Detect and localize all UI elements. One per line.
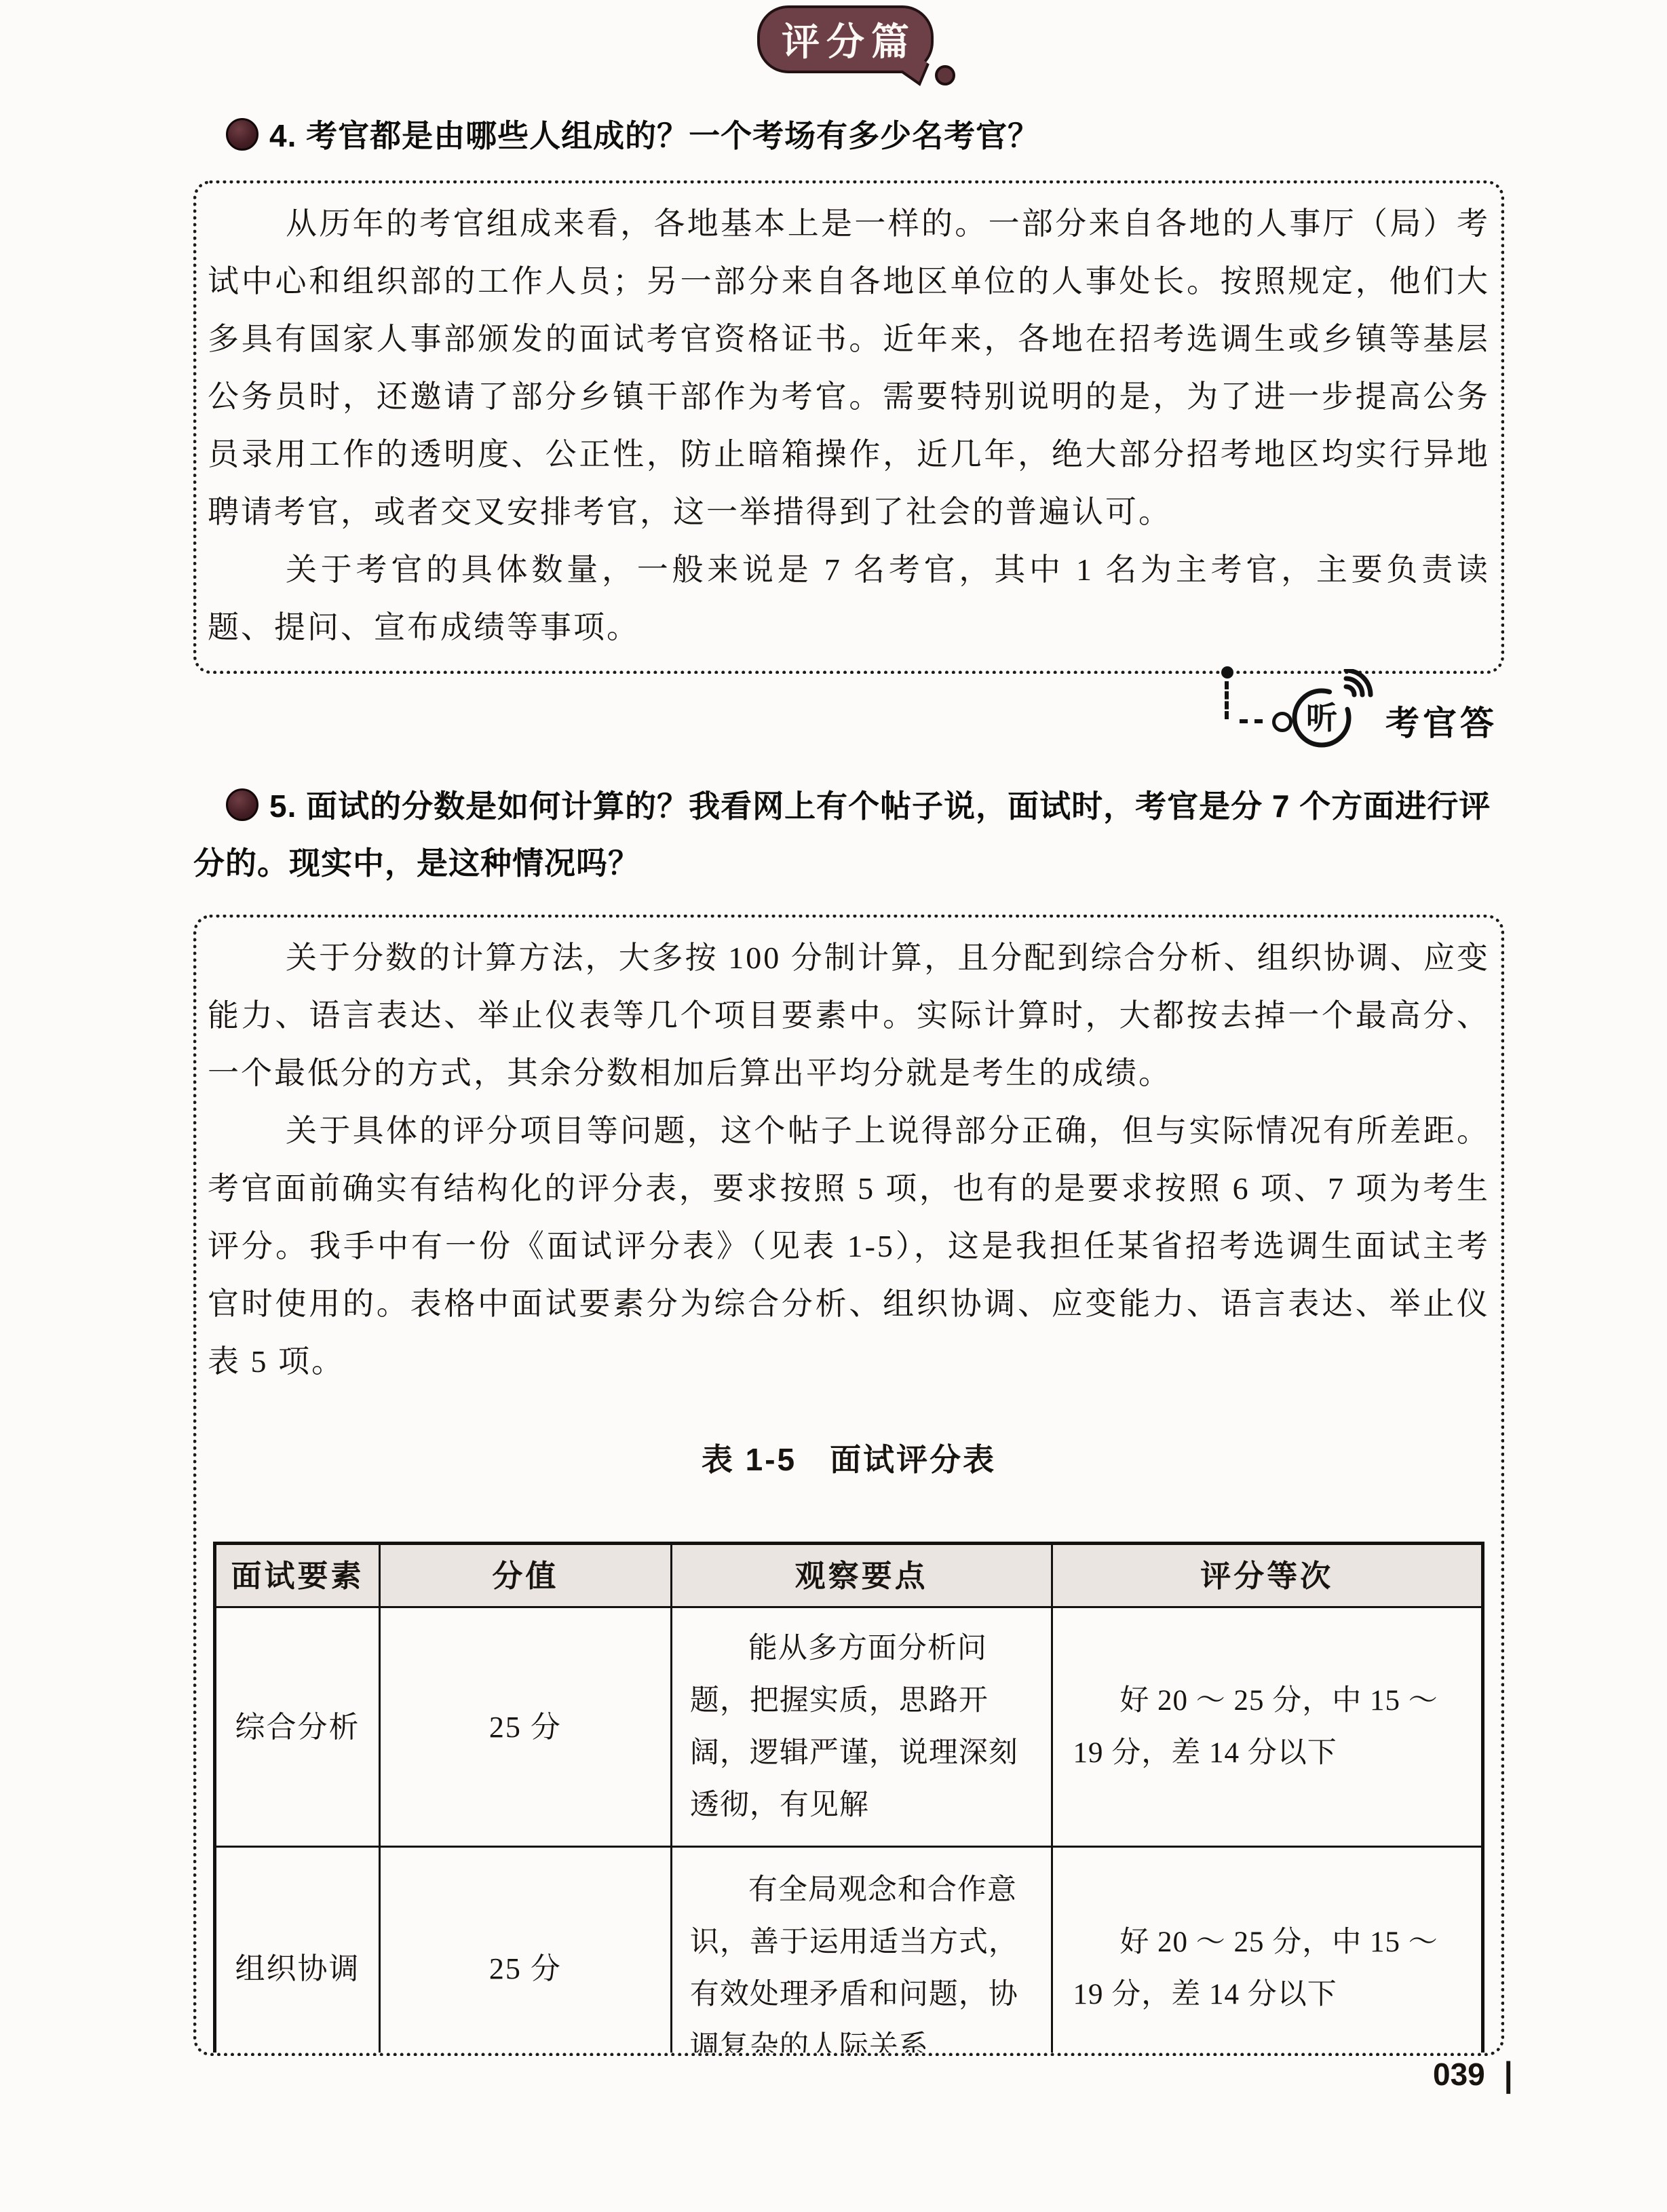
cell-points: 有全局观念和合作意识，善于运用适当方式，有效处理矛盾和问题，协调复杂的人际关系 [671,1847,1052,2057]
chapter-badge-label: 评分篇 [775,12,916,66]
page-number-divider: | [1504,2054,1513,2094]
question-4-title: 4. 考官都是由哪些人组成的？一个考场有多少名考官？ [269,118,1039,153]
answer-paragraph: 关于分数的计算方法，大多按 100 分制计算，且分配到综合分析、组织协调、应变能… [208,929,1490,1102]
answer-paragraph: 关于具体的评分项目等问题，这个帖子上说得部分正确，但与实际情况有所差距。考官面前… [208,1102,1490,1390]
question-5-title: 5. 面试的分数是如何计算的？我看网上有个帖子说，面试时，考官是分 7 个方面进… [193,788,1491,881]
chapter-badge: 评分篇 [757,5,934,73]
question-bullet-icon [226,118,258,151]
callout-horizontal-dash [1240,719,1263,723]
listen-label: 考官答 [1385,696,1497,745]
callout-ring [1272,712,1292,732]
header-factor: 面试要素 [215,1544,380,1607]
book-page: 评分篇 4. 考官都是由哪些人组成的？一个考场有多少名考官？ 从历年的考官组成来… [0,0,1667,2212]
question-4-answer-box: 从历年的考官组成来看，各地基本上是一样的。一部分来自各地的人事厅（局）考试中心和… [193,180,1504,674]
page-footer: 039 | [1433,2056,1513,2093]
question-4-heading: 4. 考官都是由哪些人组成的？一个考场有多少名考官？ [193,107,1510,166]
header-points: 观察要点 [671,1544,1052,1607]
cell-grade: 好 20 ～ 25 分，中 15 ～ 19 分，差 14 分以下 [1052,1607,1482,1847]
cell-factor: 组织协调 [215,1847,380,2057]
header-score: 分值 [379,1544,671,1607]
sound-wave-arcs [1346,670,1371,695]
callout-vertical-dash [1225,681,1229,719]
answer-paragraph: 关于考官的具体数量，一般来说是 7 名考官，其中 1 名为主考官，主要负责读题、… [208,541,1490,656]
table-row: 综合分析 25 分 能从多方面分析问题，把握实质，思路开阔，逻辑严谨，说理深刻透… [215,1607,1483,1847]
question-5-answer-box: 关于分数的计算方法，大多按 100 分制计算，且分配到综合分析、组织协调、应变能… [193,915,1504,2056]
answer-text-block: 关于分数的计算方法，大多按 100 分制计算，且分配到综合分析、组织协调、应变能… [208,929,1490,1392]
chapter-badge-dot [935,65,955,85]
header-grade: 评分等次 [1052,1544,1482,1607]
interview-score-table: 面试要素 分值 观察要点 评分等次 综合分析 25 分 能从多方面分析问题，把握… [213,1542,1484,2056]
table-row: 组织协调 25 分 有全局观念和合作意识，善于运用适当方式，有效处理矛盾和问题，… [215,1847,1483,2057]
page-number: 039 [1433,2056,1485,2093]
listen-glyph: 听 [1306,700,1337,736]
cell-factor: 综合分析 [215,1607,380,1847]
table-header-row: 面试要素 分值 观察要点 评分等次 [215,1544,1483,1607]
question-5-heading: 5. 面试的分数是如何计算的？我看网上有个帖子说，面试时，考官是分 7 个方面进… [193,778,1510,894]
table-caption: 表 1-5 面试评分表 [208,1431,1490,1489]
answer-paragraph: 从历年的考官组成来看，各地基本上是一样的。一部分来自各地的人事厅（局）考试中心和… [208,195,1490,541]
cell-score: 25 分 [379,1847,671,2057]
callout-anchor-dot [1221,666,1233,679]
question-bullet-icon [226,788,258,821]
cell-grade: 好 20 ～ 25 分，中 15 ～ 19 分，差 14 分以下 [1052,1847,1482,2057]
cell-points: 能从多方面分析问题，把握实质，思路开阔，逻辑严谨，说理深刻透彻，有见解 [671,1607,1052,1847]
listen-audio-icon: 听 [1290,669,1381,750]
cell-score: 25 分 [379,1607,671,1847]
